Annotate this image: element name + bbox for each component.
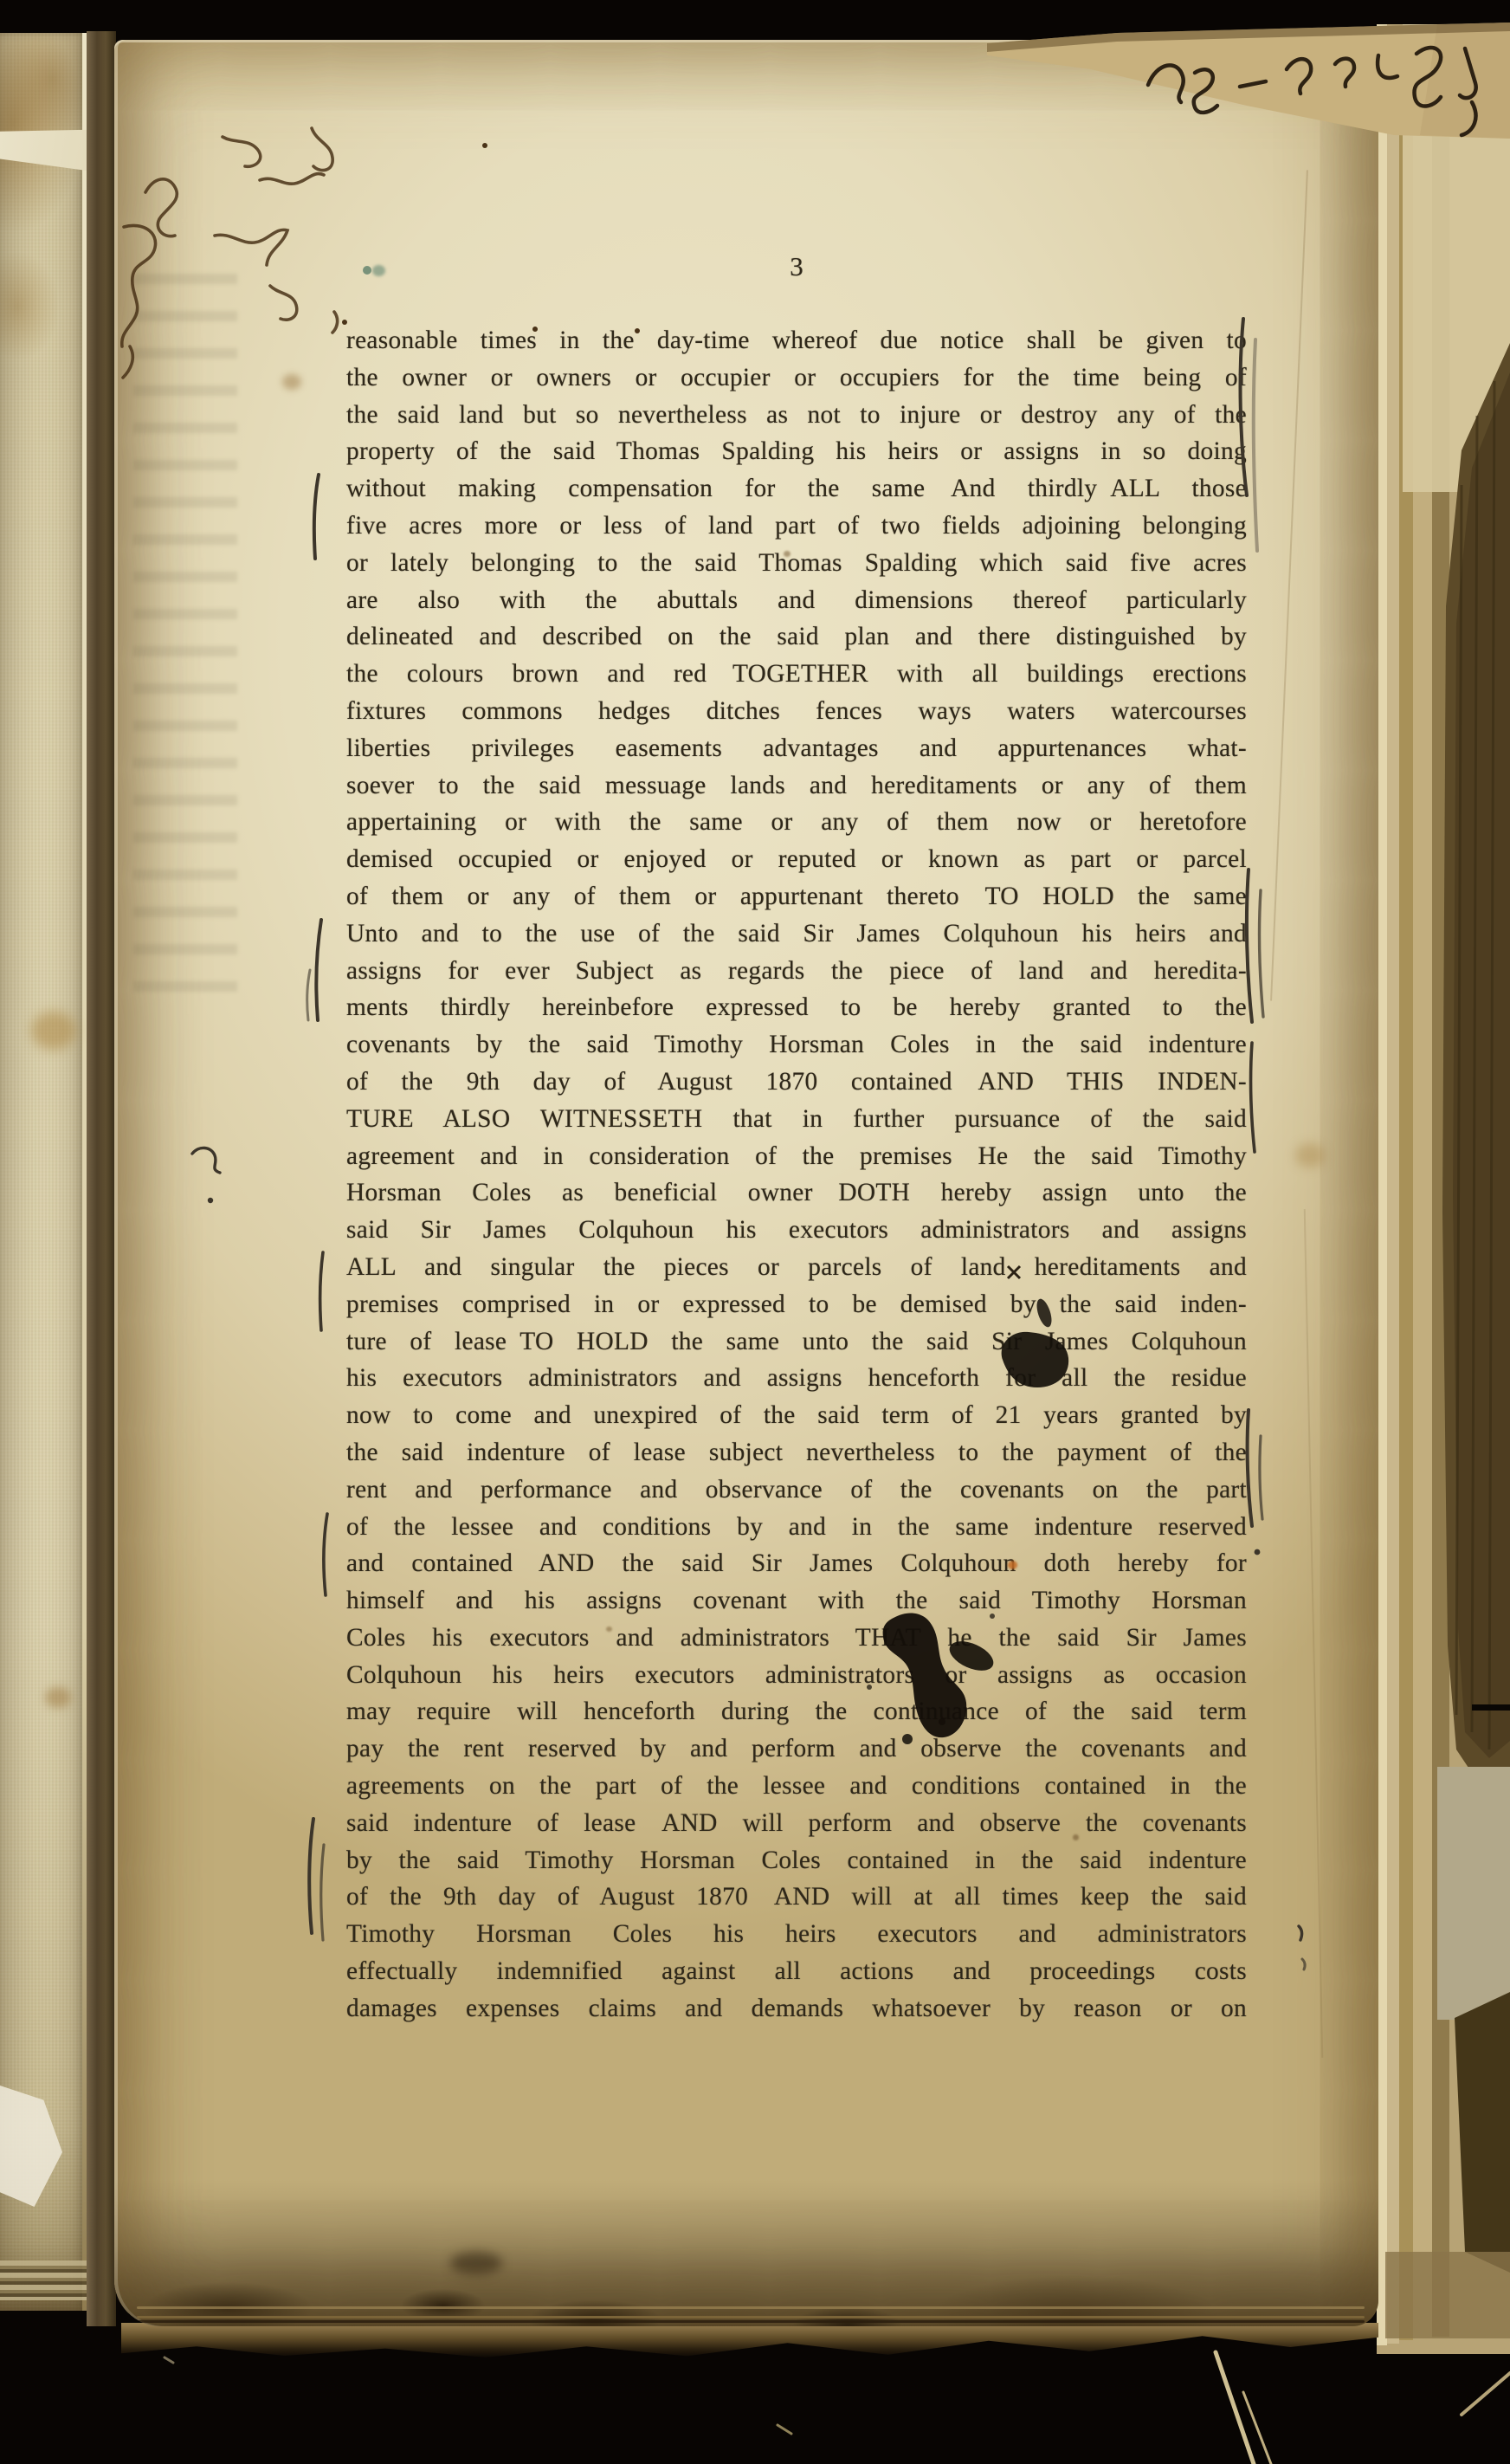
text-line: and contained AND the said Sir James Col… — [346, 1545, 1247, 1582]
text-line: demised occupied or enjoyed or reputed o… — [346, 841, 1247, 878]
text-line: ments thirdly hereinbefore expressed to … — [346, 989, 1247, 1026]
text-line: ture of lease TO HOLD the same unto the … — [346, 1323, 1247, 1361]
text-line: the said indenture of lease subject neve… — [346, 1434, 1247, 1471]
text-line: reasonable times in the day-time whereof… — [346, 322, 1247, 359]
text-line: Unto and to the use of the said Sir Jame… — [346, 915, 1247, 953]
text-line: of the lessee and conditions by and in t… — [346, 1509, 1247, 1546]
bottom-edge-stack — [121, 2323, 1378, 2357]
text-line: Colquhoun his heirs executors administra… — [346, 1657, 1247, 1694]
text-line: are also with the abuttals and dimension… — [346, 582, 1247, 619]
text-line: agreements on the part of the lessee and… — [346, 1768, 1247, 1805]
paper-crease — [1270, 170, 1308, 1000]
text-line: of them or any of them or appurtenant th… — [346, 878, 1247, 915]
text-line: effectually indemnified against all acti… — [346, 1953, 1247, 1990]
text-line: Timothy Horsman Coles his heirs executor… — [346, 1916, 1247, 1953]
page-number: 3 — [346, 251, 1247, 282]
text-line: TURE ALSO WITNESSETH that in further pur… — [346, 1101, 1247, 1138]
text-line: rent and performance and observance of t… — [346, 1471, 1247, 1509]
text-line: delineated and described on the said pla… — [346, 618, 1247, 656]
text-line: said indenture of lease AND will perform… — [346, 1805, 1247, 1842]
text-line: of the 9th day of August 1870 AND will a… — [346, 1879, 1247, 1916]
bottom-stain-band — [114, 2179, 1378, 2326]
text-line: Horsman Coles as beneficial owner DOTH h… — [346, 1174, 1247, 1212]
text-line: agreement and in consideration of the pr… — [346, 1138, 1247, 1175]
text-line: liberties privileges easements advantage… — [346, 730, 1247, 767]
text-line: five acres more or less of land part of … — [346, 508, 1247, 545]
text-line: Coles his executors and administrators T… — [346, 1620, 1247, 1657]
text-line: property of the said Thomas Spalding his… — [346, 433, 1247, 470]
black-line-mark — [1472, 1704, 1510, 1711]
text-line: his executors administrators and assigns… — [346, 1360, 1247, 1397]
text-line: may require will henceforth during the c… — [346, 1693, 1247, 1730]
text-line: said Sir James Colquhoun his executors a… — [346, 1212, 1247, 1249]
text-line: without making compensation for the same… — [346, 470, 1247, 508]
text-line: premises comprised in or expressed to be… — [346, 1286, 1247, 1323]
facing-page-edge — [0, 33, 87, 2311]
page-sheet: 3 reasonable times in the day-time where… — [114, 40, 1378, 2326]
book-photograph: 3 reasonable times in the day-time where… — [0, 0, 1510, 2464]
text-line: the colours brown and red TOGETHER with … — [346, 656, 1247, 693]
text-line: fixtures commons hedges ditches fences w… — [346, 693, 1247, 730]
text-line: appertaining or with the same or any of … — [346, 804, 1247, 841]
text-line: or lately belonging to the said Thomas S… — [346, 545, 1247, 582]
straw-debris — [165, 2352, 1510, 2464]
paper-crease — [1304, 1209, 1324, 2058]
text-line: damages expenses claims and demands what… — [346, 1990, 1247, 2027]
text-line: of the 9th day of August 1870 contained … — [346, 1064, 1247, 1101]
bottom-page-edge — [137, 2316, 1365, 2318]
text-line: assigns for ever Subject as regards the … — [346, 953, 1247, 990]
body-text: reasonable times in the day-time whereof… — [346, 322, 1247, 2027]
text-line: by the said Timothy Horsman Coles contai… — [346, 1842, 1247, 1879]
text-line: himself and his assigns covenant with th… — [346, 1582, 1247, 1620]
text-line: pay the rent reserved by and perform and… — [346, 1730, 1247, 1768]
text-line: the owner or owners or occupier or occup… — [346, 359, 1247, 397]
gutter-shadow — [87, 31, 116, 2326]
text-line: covenants by the said Timothy Horsman Co… — [346, 1026, 1247, 1064]
text-line: soever to the said messuage lands and he… — [346, 767, 1247, 805]
text-line: the said land but so nevertheless as not… — [346, 397, 1247, 434]
verso-bleed-through — [133, 274, 237, 1001]
text-line: ALL and singular the pieces or parcels o… — [346, 1249, 1247, 1286]
text-line: now to come and unexpired of the said te… — [346, 1397, 1247, 1434]
